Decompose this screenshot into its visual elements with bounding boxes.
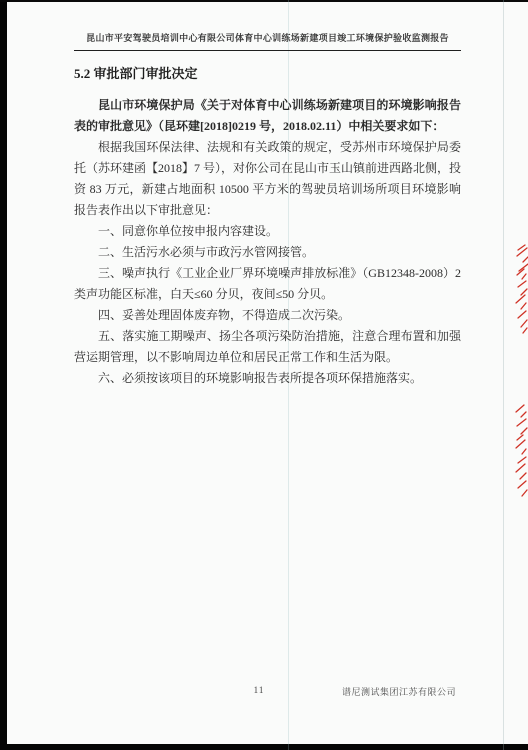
paragraph-item-1: 一、同意你单位按申报内容建设。 [74,221,461,242]
header-divider-rule [74,50,461,51]
section-heading: 5.2 审批部门审批决定 [74,63,461,84]
footer-company-name: 谱尼测试集团江苏有限公司 [342,685,456,698]
paragraph-item-3: 三、噪声执行《工业企业厂界环境噪声排放标准》（GB12348-2008）2 类声… [74,263,461,305]
paragraph-item-6: 六、必须按该项目的环境影响报告表所提各项环保措施落实。 [74,368,461,389]
red-stamp-fragment [511,402,528,498]
scan-fold-line [503,0,504,750]
scanned-document-page: 昆山市平安驾驶员培训中心有限公司体育中心训练场新建项目竣工环境保护验收监测报告 … [0,0,528,750]
paragraph-item-2: 二、生活污水必须与市政污水管网接管。 [74,242,461,263]
scan-edge-bottom [0,744,528,750]
scan-edge-top [0,0,528,2]
red-stamp-fragment [511,243,528,335]
paragraph-approval-basis: 根据我国环保法律、法规和有关政策的规定，受苏州市环境保护局委托（苏环建函【201… [74,137,461,221]
paragraph-approval-citation: 昆山市环境保护局《关于对体育中心训练场新建项目的环境影响报告表的审批意见》（昆环… [74,95,461,137]
scan-edge-left [0,0,7,750]
document-body: 5.2 审批部门审批决定 昆山市环境保护局《关于对体育中心训练场新建项目的环境影… [74,63,461,389]
running-header-title: 昆山市平安驾驶员培训中心有限公司体育中心训练场新建项目竣工环境保护验收监测报告 [74,31,461,44]
paragraph-item-4: 四、妥善处理固体废弃物，不得造成二次污染。 [74,305,461,326]
paragraph-item-5: 五、落实施工期噪声、扬尘各项污染防治措施，注意合理布置和加强营运期管理，以不影响… [74,326,461,368]
